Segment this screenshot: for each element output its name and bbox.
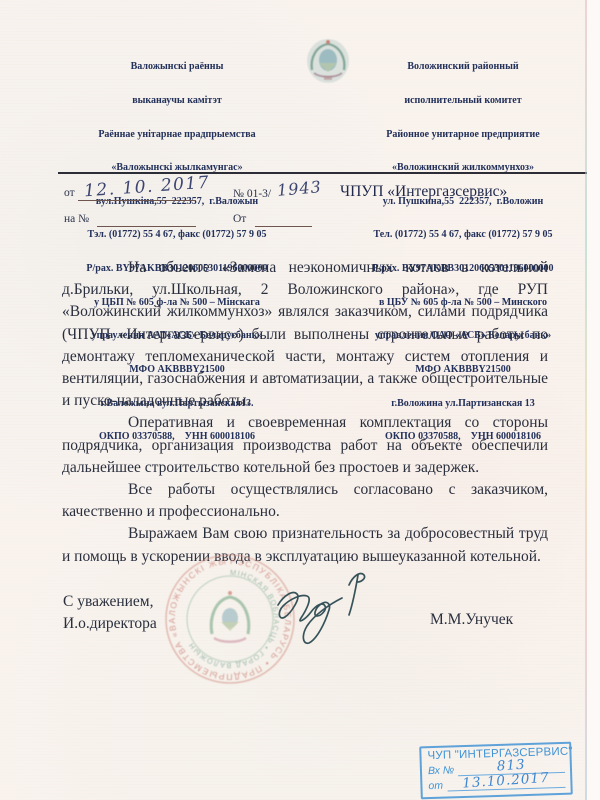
body-paragraph: Выражаем Вам свою признательность за доб… bbox=[62, 523, 548, 567]
incoming-registration-stamp: ЧУП "ИНТЕРГАЗСЕРВИС" Вх № 813 от 13.10.2… bbox=[419, 742, 573, 800]
reply-date-blank-line bbox=[255, 212, 312, 227]
closing-salutation: С уважением, bbox=[63, 591, 157, 613]
letterhead-line: Тел. (01772) 55 4 67, факс (01772) 57 9 … bbox=[336, 229, 590, 240]
scan-edge-line bbox=[585, 0, 587, 800]
scan-edge-strip bbox=[587, 0, 600, 800]
handwritten-outgoing-number: 1943 bbox=[276, 177, 322, 200]
signer-title: И.о.директора bbox=[63, 613, 157, 635]
signer-name: М.М.Унучек bbox=[430, 611, 513, 629]
from-date-label: от bbox=[64, 187, 75, 199]
letterhead-line: Раённае унітарнае прадпрыемства bbox=[56, 129, 298, 140]
incoming-number-label: Вх № bbox=[428, 764, 455, 777]
letterhead-line: Воложинский районный bbox=[336, 61, 590, 72]
body-paragraph: Оперативная и своевременная комплектация… bbox=[62, 412, 548, 479]
letterhead-line: Тэл. (01772) 55 4 67, факс (01772) 57 9 … bbox=[56, 229, 298, 240]
reply-number-blank-line bbox=[97, 212, 196, 227]
body-paragraph: На объекте «Замена неэкономичных котлов … bbox=[62, 257, 548, 412]
letterhead-line: исполнительный комитет bbox=[336, 95, 590, 106]
scanned-letter-page: Валожынскі раённы выканаучы камітэт Раён… bbox=[0, 0, 600, 800]
date-blank-line bbox=[78, 186, 196, 201]
addressee-name: ЧПУП «Интергазсервис» bbox=[340, 183, 507, 201]
closing-block: С уважением, И.о.директора bbox=[63, 591, 157, 635]
incoming-date-label: от bbox=[428, 780, 443, 792]
reply-to-number-label: на № bbox=[64, 213, 89, 225]
letterhead-line: Районное унитарное предприятие bbox=[336, 129, 590, 140]
outgoing-number-label: № 01-3/ bbox=[233, 188, 271, 200]
letterhead-divider-rule bbox=[58, 172, 587, 174]
handwritten-incoming-date: 13.10.2017 bbox=[462, 772, 550, 791]
incoming-date-blank-line: 13.10.2017 bbox=[447, 773, 566, 792]
letterhead-line: выканаучы камітэт bbox=[56, 95, 298, 106]
body-paragraph: Все работы осуществлялись согласовано с … bbox=[62, 479, 548, 523]
director-signature-icon bbox=[270, 563, 390, 663]
letter-body: На объекте «Замена неэкономичных котлов … bbox=[62, 257, 548, 568]
letterhead-line: Валожынскі раённы bbox=[56, 61, 298, 72]
reply-from-label: От bbox=[233, 213, 246, 225]
